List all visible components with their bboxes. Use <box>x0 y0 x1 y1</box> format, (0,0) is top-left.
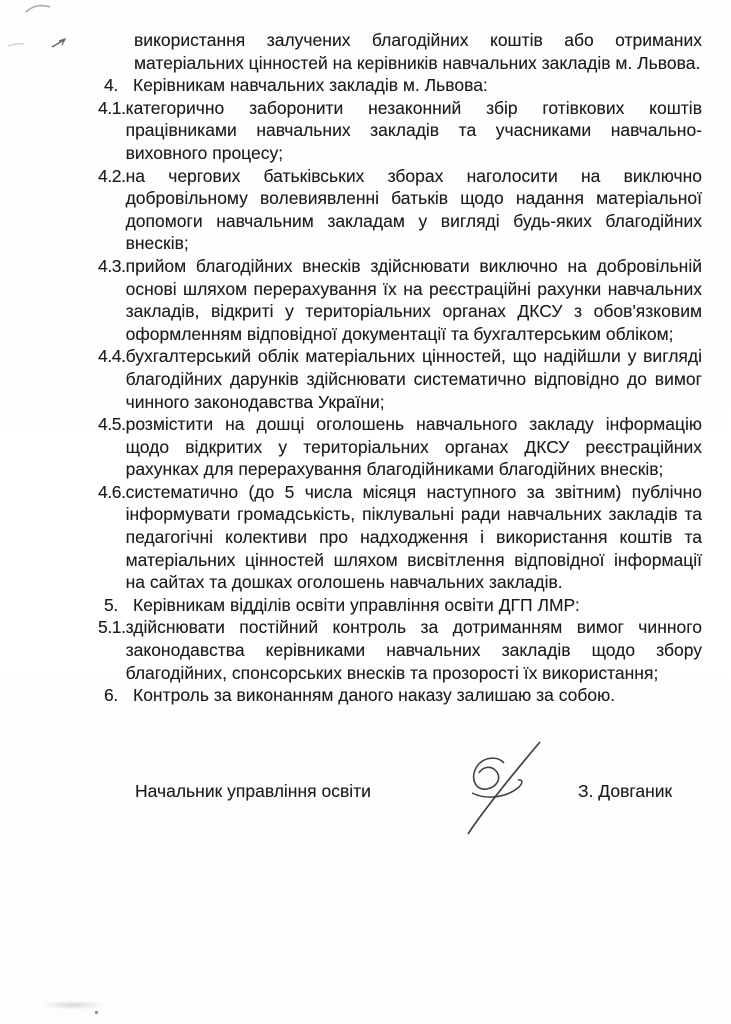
item-text: Керівникам відділів освіти управління ос… <box>133 594 702 617</box>
scan-smudge <box>44 1001 102 1009</box>
list-item-4-5: 4.5. розмістити на дошці оголошень навча… <box>98 413 702 481</box>
item-number: 4.3. <box>98 255 126 345</box>
list-item-4-1: 4.1. категорично заборонити незаконний з… <box>98 97 702 165</box>
item-text: Керівникам навчальних закладів м. Львова… <box>133 74 702 97</box>
item-number: 6. <box>104 684 133 707</box>
item-text: розмістити на дошці оголошень навчальног… <box>126 413 702 481</box>
signature-role: Начальник управління освіти <box>135 781 371 802</box>
item-number: 4.6. <box>98 481 126 594</box>
list-item-4-6: 4.6. систематично (до 5 числа місяця нас… <box>98 481 702 594</box>
item-text: бухгалтерський облік матеріальних ціннос… <box>126 345 702 413</box>
signature-name: З. Довганик <box>578 781 672 802</box>
list-item-6: 6. Контроль за виконанням даного наказу … <box>104 684 702 707</box>
item-number: 4.1. <box>98 97 126 165</box>
list-item-4-2: 4.2. на чергових батьківських зборах наг… <box>98 165 702 255</box>
scan-dot <box>95 1011 98 1014</box>
item-text: систематично (до 5 числа місяця наступно… <box>126 481 702 594</box>
list-item-4-4: 4.4. бухгалтерський облік матеріальних ц… <box>98 345 702 413</box>
handwritten-signature-icon <box>436 736 554 838</box>
item-number: 5. <box>104 594 133 617</box>
item-text: прийом благодійних внесків здійснювати в… <box>126 255 702 345</box>
pen-mark-top-icon <box>24 1 54 17</box>
item-number: 4.4. <box>98 345 126 413</box>
item-text: на чергових батьківських зборах наголоси… <box>126 165 702 255</box>
item-number: 5.1. <box>98 616 126 684</box>
item-text: Контроль за виконанням даного наказу зал… <box>133 684 702 707</box>
list-item-4: 4. Керівникам навчальних закладів м. Льв… <box>104 74 702 97</box>
item-number: 4.2. <box>98 165 126 255</box>
item-number: 4. <box>104 74 133 97</box>
list-item-5: 5. Керівникам відділів освіти управління… <box>104 594 702 617</box>
list-item-4-3: 4.3. прийом благодійних внесків здійснюв… <box>98 255 702 345</box>
document-body: використання залучених благодійних кошті… <box>0 29 731 707</box>
scanned-document-page: використання залучених благодійних кошті… <box>0 0 731 1024</box>
item-text: здійснювати постійний контроль за дотрим… <box>126 616 702 684</box>
paragraph-continuation: використання залучених благодійних кошті… <box>134 29 702 74</box>
item-text: категорично заборонити незаконний збір г… <box>126 97 702 165</box>
item-number: 4.5. <box>98 413 126 481</box>
list-item-5-1: 5.1. здійснювати постійний контроль за д… <box>98 616 702 684</box>
